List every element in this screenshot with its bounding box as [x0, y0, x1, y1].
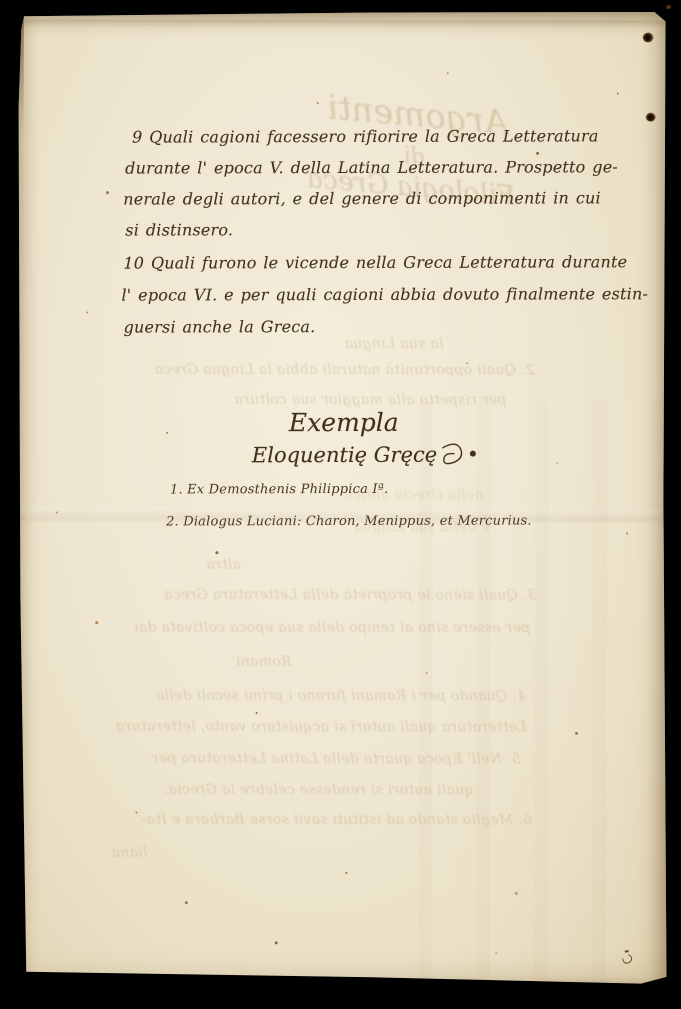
- paragraph-9-line: durante l' epoca V. della Latina Lettera…: [125, 157, 618, 177]
- paragraph-9-line: si distinsero.: [125, 220, 233, 239]
- paragraph-10-line: guersi anche la Greca.: [124, 317, 316, 337]
- subheading-text: Eloquentię Gręcę: [252, 443, 437, 467]
- section-heading: Exempla: [249, 408, 439, 437]
- top-crease: [15, 19, 669, 28]
- paragraph-10-line: 10 Quali furono le vicende nella Greca L…: [123, 252, 627, 272]
- ink-blot: [646, 113, 656, 122]
- bleedthrough-text: Argomenti di Filologia Greca la sua Ling…: [15, 9, 669, 10]
- horizontal-crease: [14, 507, 668, 524]
- flourish-swash-icon: [441, 442, 481, 473]
- exempla-item: 1. Ex Demosthenis Philippica Iª.: [170, 482, 389, 498]
- handwritten-text: 9 Quali cagioni facessero rifiorire la G…: [13, 9, 670, 989]
- foxing-speckles: [15, 9, 17, 11]
- section-subheading: Eloquentię Gręcę: [252, 442, 481, 468]
- manuscript-page: Argomenti di Filologia Greca la sua Ling…: [13, 9, 669, 988]
- torn-edge: [19, 15, 24, 135]
- paragraph-9-line: nerale degli autori, e del genere di com…: [123, 188, 601, 208]
- paragraph-9-line: 9 Quali cagioni facessero rifiorire la G…: [132, 126, 599, 146]
- dust-speck: [666, 5, 671, 9]
- ink-blot: [643, 33, 654, 43]
- scan-background: { "colors": { "background": "#000000", "…: [0, 0, 681, 1009]
- paragraph-10-line: l' epoca VI. e per quali cagioni abbia d…: [121, 284, 648, 304]
